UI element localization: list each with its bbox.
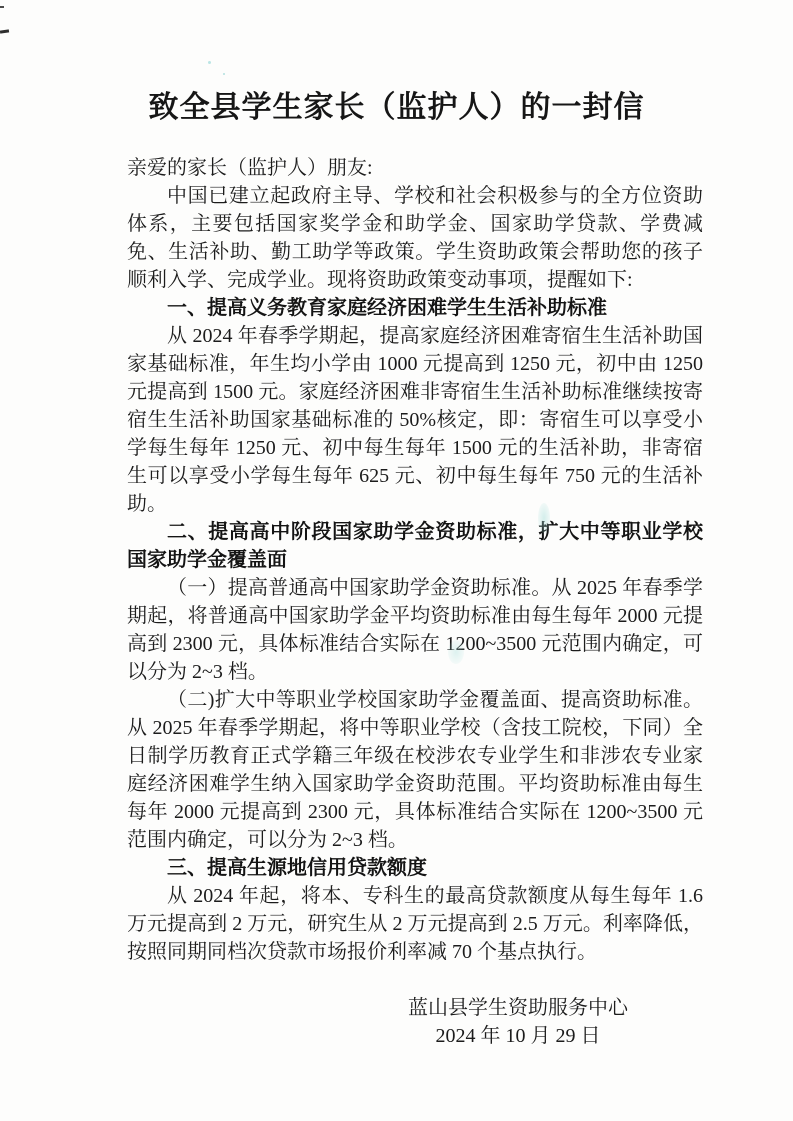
section-3-heading: 三、提高生源地信用贷款额度 <box>127 854 703 882</box>
greeting-line: 亲爱的家长（监护人）朋友: <box>127 154 703 182</box>
section-1-paragraph: 从 2024 年春季学期起，提高家庭经济困难寄宿生生活补助国家基础标准，年生均小… <box>127 322 703 518</box>
section-2-paragraph-1: （一）提高普通高中国家助学金资助标准。从 2025 年春季学期起，将普通高中国家… <box>127 574 703 686</box>
letter-body: 亲爱的家长（监护人）朋友: 中国已建立起政府主导、学校和社会积极参与的全方位资助… <box>127 154 703 1050</box>
section-3-paragraph: 从 2024 年起，将本、专科生的最高贷款额度从每生每年 1.6 万元提高到 2… <box>127 882 703 966</box>
intro-paragraph: 中国已建立起政府主导、学校和社会积极参与的全方位资助体系，主要包括国家奖学金和助… <box>127 182 703 294</box>
signature-org: 蓝山县学生资助服务中心 <box>408 994 628 1022</box>
section-1-heading: 一、提高义务教育家庭经济困难学生生活补助标准 <box>127 294 703 322</box>
section-2-heading: 二、提高高中阶段国家助学金资助标准，扩大中等职业学校国家助学金覆盖面 <box>127 518 703 574</box>
signature-block: 蓝山县学生资助服务中心 2024 年 10 月 29 日 <box>408 994 628 1050</box>
section-2-paragraph-2: （二)扩大中等职业学校国家助学金覆盖面、提高资助标准。从 2025 年春季学期起… <box>127 686 703 854</box>
page-title: 致全县学生家长（监护人）的一封信 <box>0 0 793 128</box>
signature-date: 2024 年 10 月 29 日 <box>408 1022 628 1050</box>
letter-page: 致全县学生家长（监护人）的一封信 亲爱的家长（监护人）朋友: 中国已建立起政府主… <box>0 0 793 1121</box>
